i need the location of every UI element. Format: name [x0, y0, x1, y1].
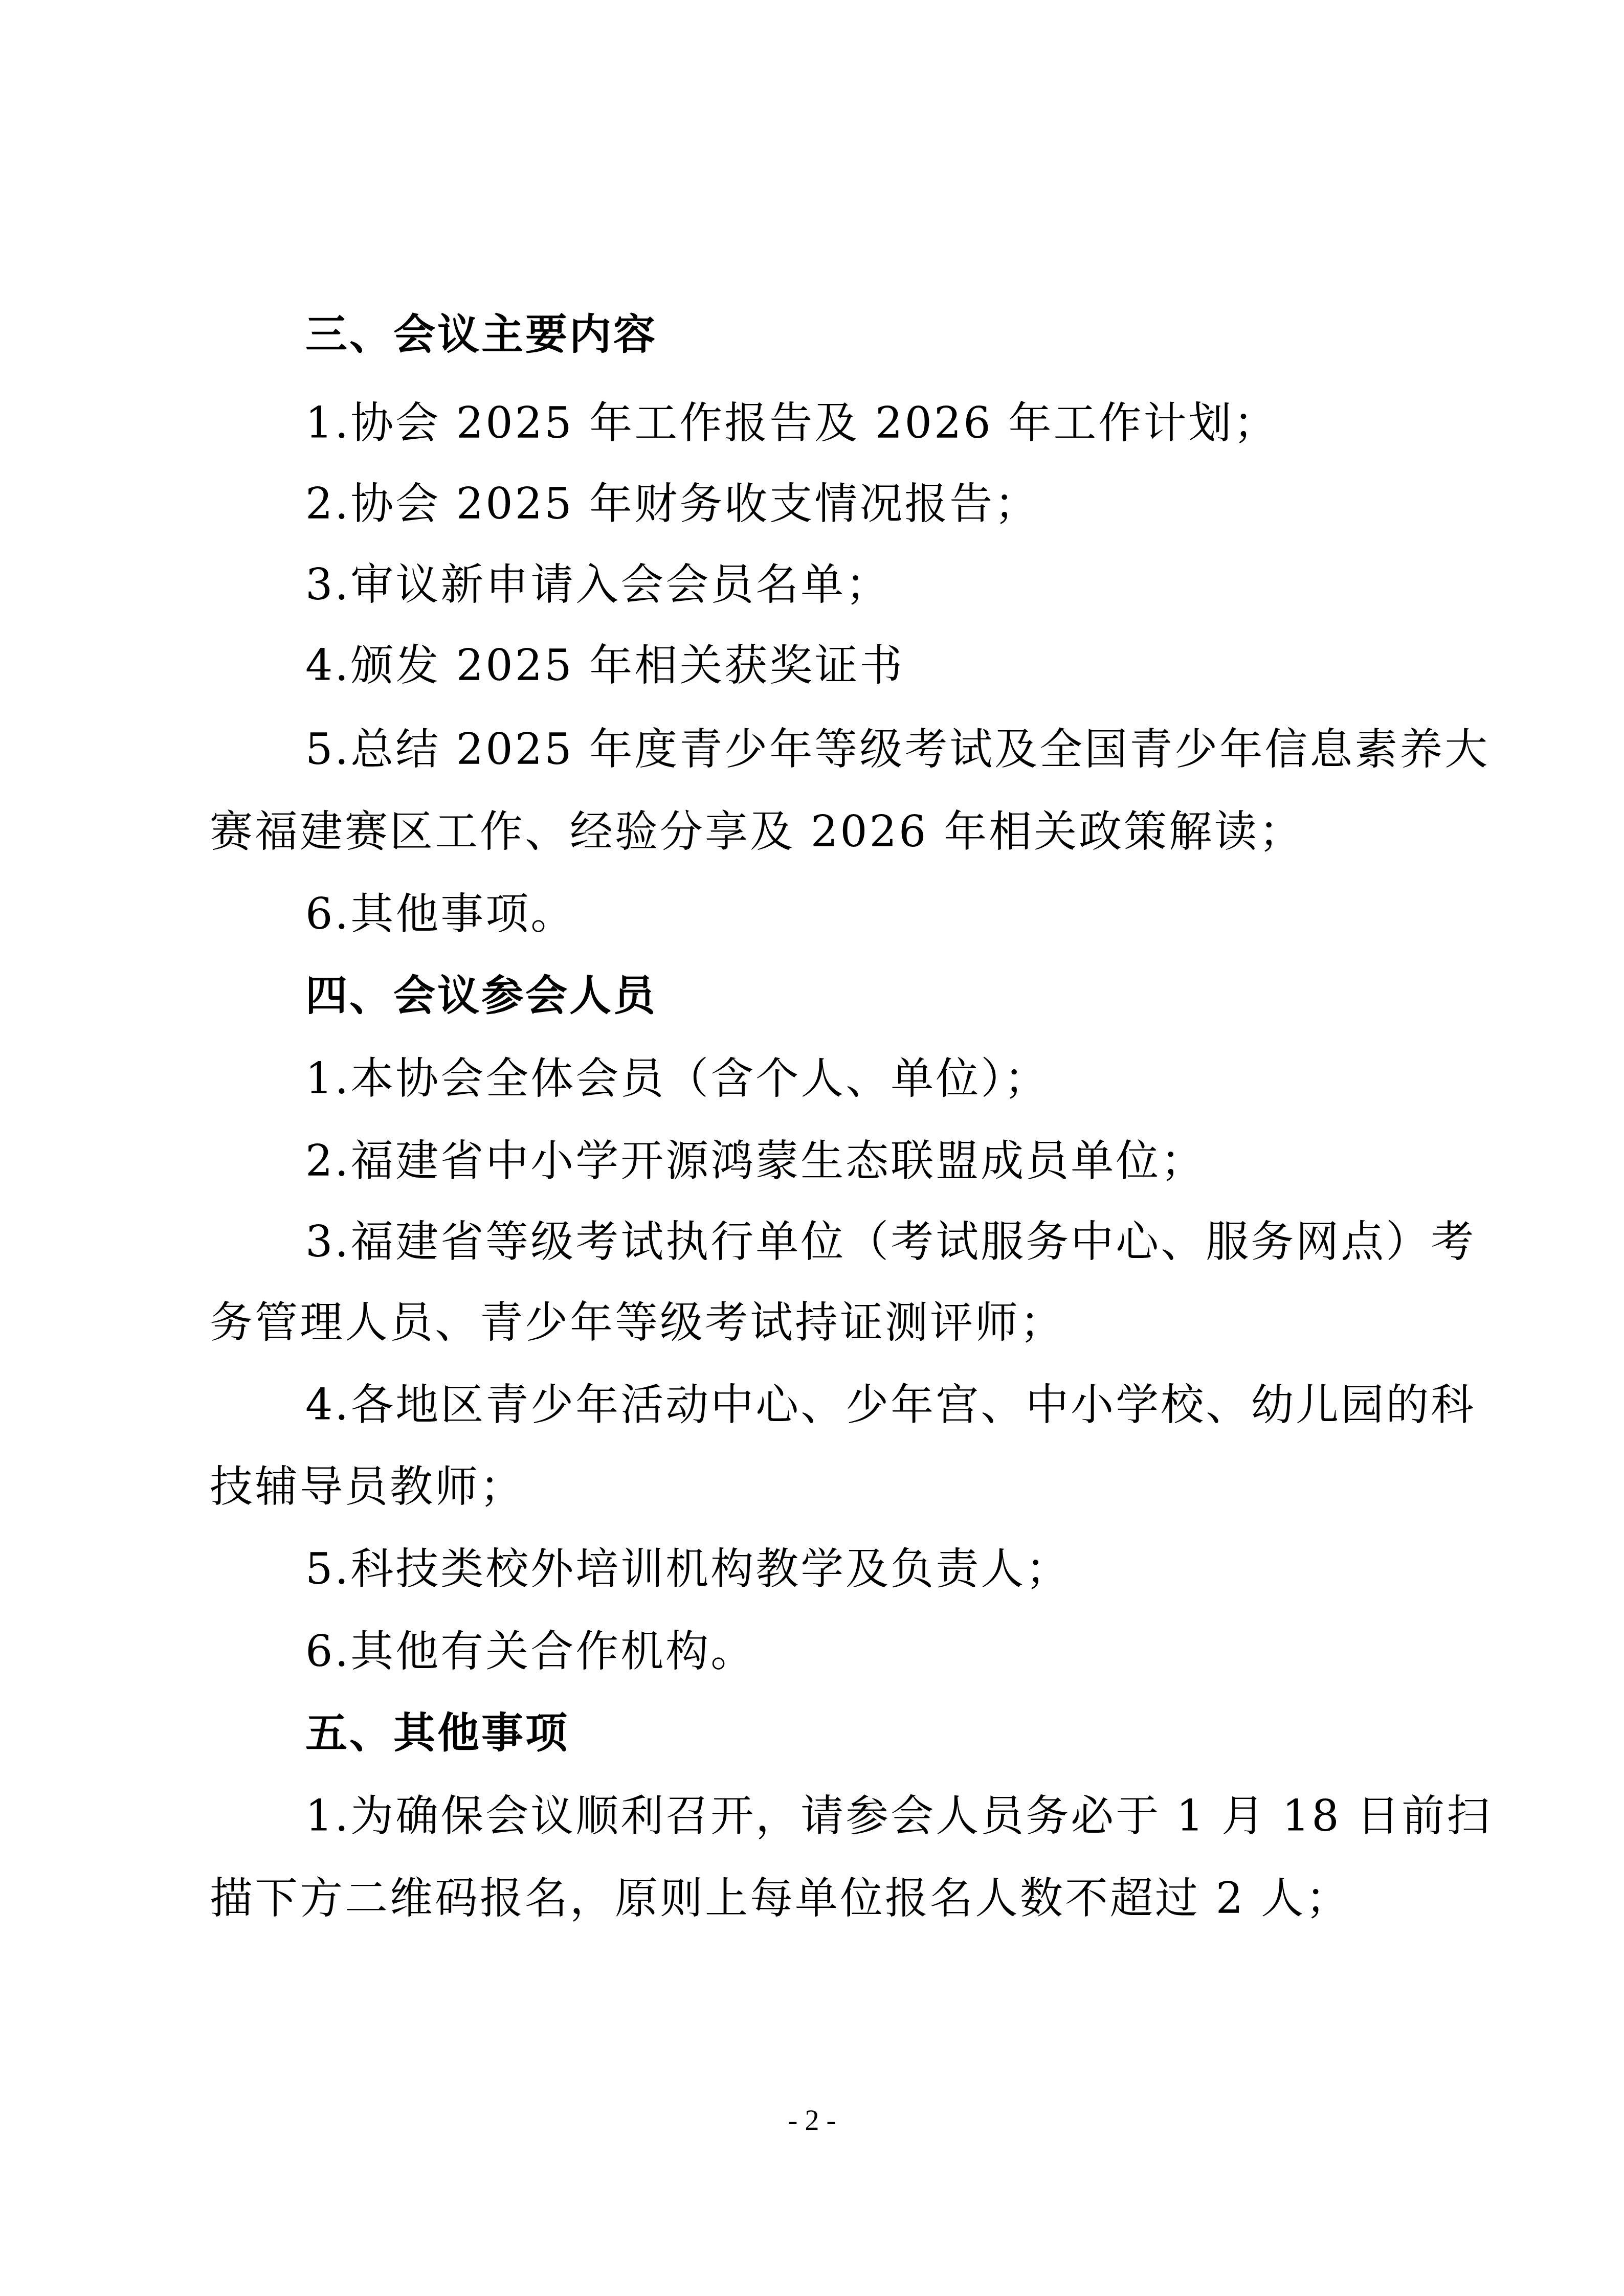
section-heading-5: 五、其他事项: [305, 1703, 569, 1764]
paragraph-line: 4.颁发 2025 年相关获奖证书: [305, 635, 904, 696]
paragraph-line: 1.为确保会议顺利召开，请参会人员务必于 1 月 18 日前扫: [305, 1785, 1492, 1847]
paragraph-line: 1.本协会全体会员（含个人、单位）；: [305, 1048, 1049, 1109]
paragraph-line: 5.总结 2025 年度青少年等级考试及全国青少年信息素养大: [305, 718, 1489, 780]
paragraph-line: 3.审议新申请入会会员名单；: [305, 554, 891, 615]
paragraph-line: 5.科技类校外培训机构教学及负责人；: [305, 1538, 1071, 1600]
paragraph-line-continued: 技辅导员教师；: [210, 1456, 525, 1517]
paragraph-line: 2.福建省中小学开源鸿蒙生态联盟成员单位；: [305, 1130, 1206, 1191]
paragraph-line-continued: 赛福建赛区工作、经验分享及 2026 年相关政策解读；: [210, 801, 1304, 862]
paragraph-line: 2.协会 2025 年财务收支情况报告；: [305, 473, 1039, 534]
paragraph-line: 1.协会 2025 年工作报告及 2026 年工作计划；: [305, 392, 1279, 454]
section-heading-4: 四、会议参会人员: [305, 965, 657, 1027]
paragraph-line: 6.其他事项。: [305, 883, 575, 944]
paragraph-line: 3.福建省等级考试执行单位（考试服务中心、服务网点）考: [305, 1211, 1476, 1272]
paragraph-line-continued: 务管理人员、青少年等级考试持证测评师；: [210, 1292, 1065, 1353]
document-page: 三、会议主要内容 1.协会 2025 年工作报告及 2026 年工作计划； 2.…: [0, 0, 1624, 2296]
section-heading-3: 三、会议主要内容: [305, 304, 657, 366]
paragraph-line: 4.各地区青少年活动中心、少年宫、中小学校、幼儿园的科: [305, 1374, 1476, 1435]
paragraph-line-continued: 描下方二维码报名，原则上每单位报名人数不超过 2 人；: [210, 1867, 1351, 1929]
paragraph-line: 6.其他有关合作机构。: [305, 1620, 755, 1682]
page-number: - 2 -: [0, 2104, 1624, 2137]
